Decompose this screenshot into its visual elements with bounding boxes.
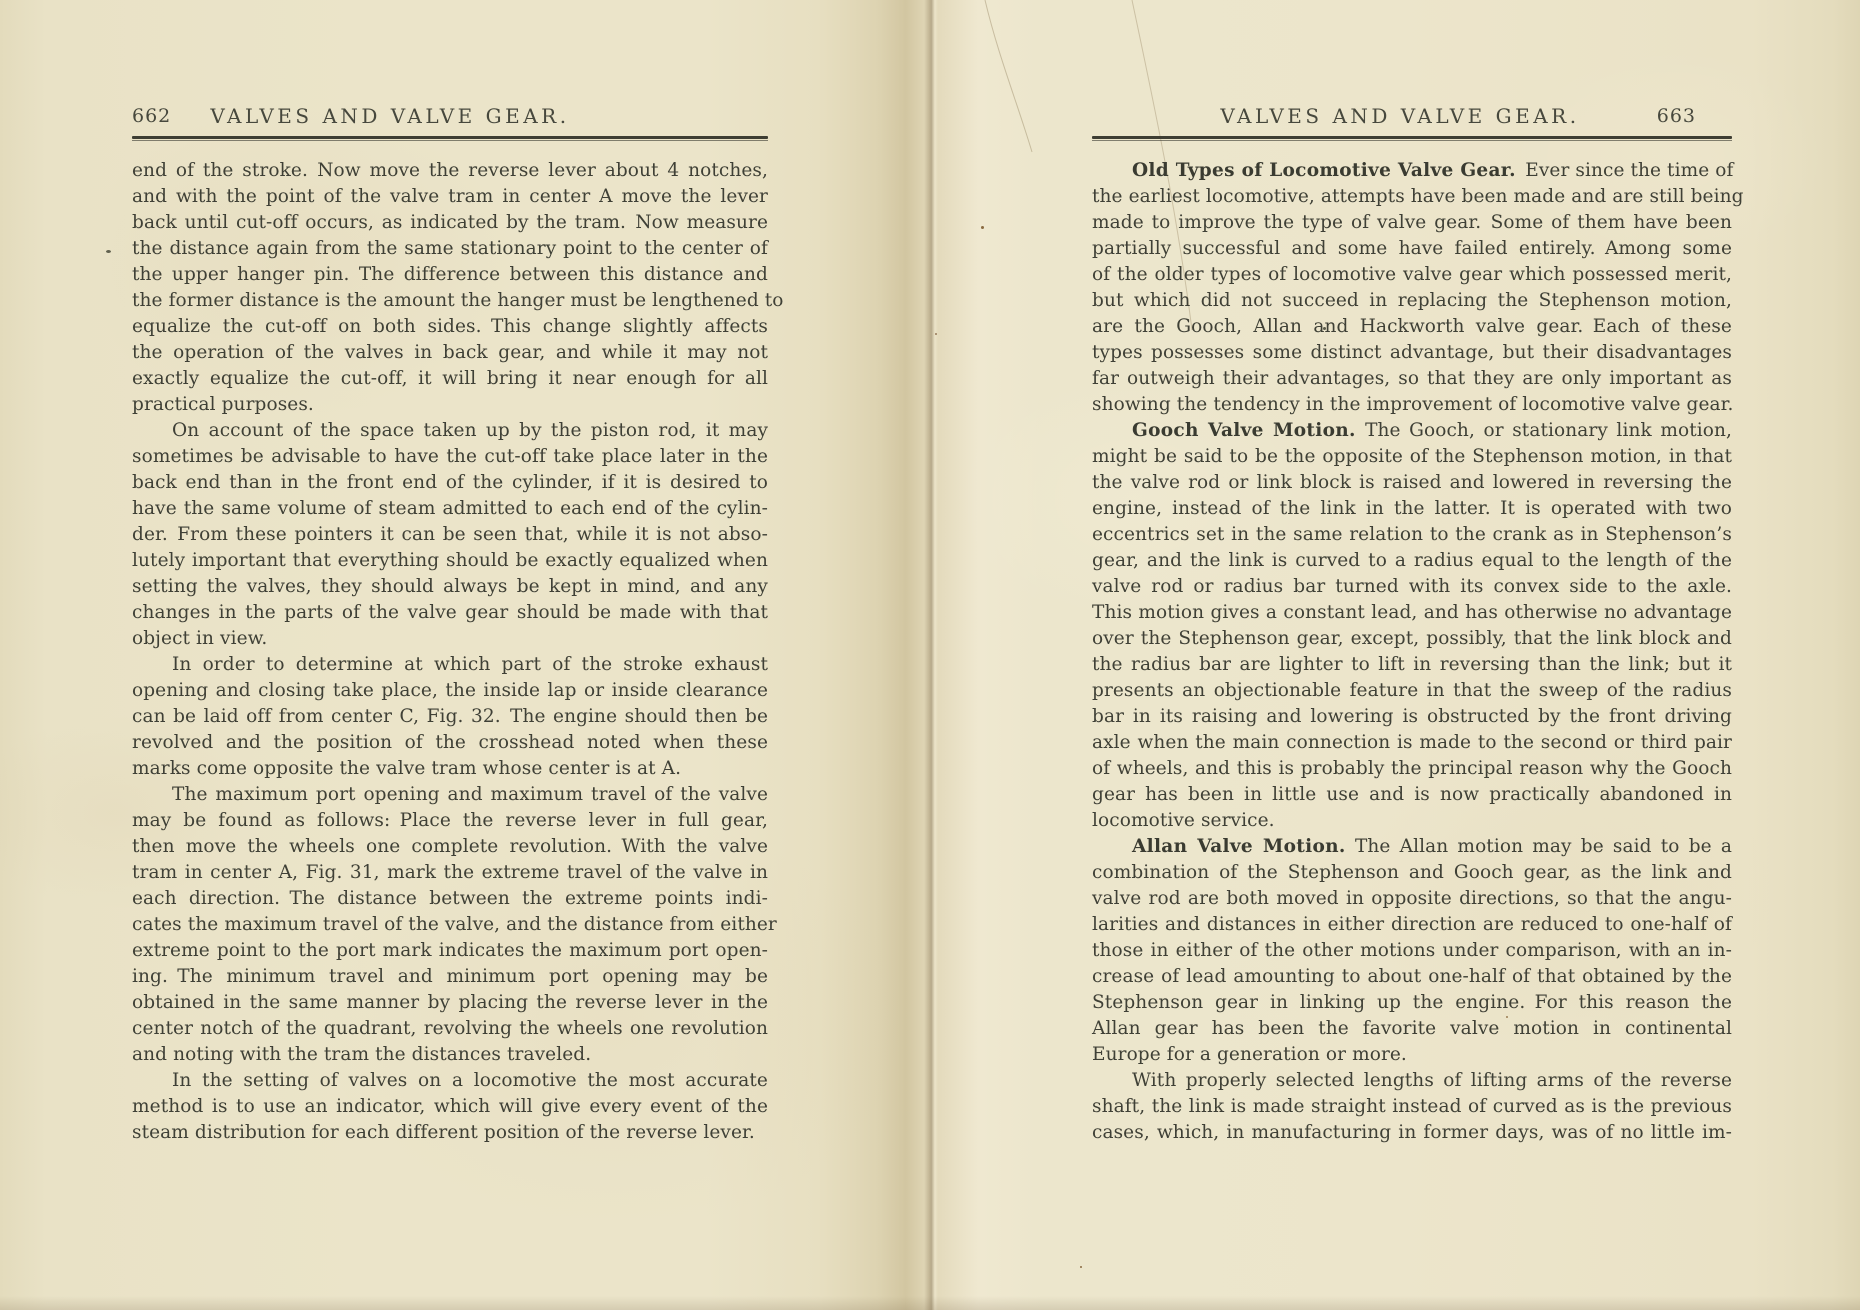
right-page-header: VALVES AND VALVE GEAR. 663	[1092, 104, 1732, 136]
text-line: Stephenson gear in linking up the engine…	[1092, 990, 1732, 1016]
text-line: back end than in the front end of the cy…	[132, 470, 768, 496]
margin-ink-dot	[106, 250, 111, 253]
text-line: The maximum port opening and maximum tra…	[132, 782, 768, 808]
text-line: lutely important that everything should …	[132, 548, 768, 574]
text-line: Gooch Valve Motion. The Gooch, or statio…	[1092, 418, 1732, 444]
text-line: Europe for a generation or more.	[1092, 1042, 1732, 1068]
text-line: those in either of the other motions und…	[1092, 938, 1732, 964]
paragraph-lead-heading: Allan Valve Motion.	[1132, 836, 1346, 857]
text-line: presents an objectionable feature in tha…	[1092, 678, 1732, 704]
running-title-left: VALVES AND VALVE GEAR.	[210, 104, 569, 128]
text-line: On account of the space taken up by the …	[132, 418, 768, 444]
left-page-body: end of the stroke. Now move the reverse …	[132, 158, 768, 1146]
text-line: partially successful and some have faile…	[1092, 236, 1732, 262]
page-number-left: 662	[132, 105, 171, 127]
text-line: method is to use an indicator, which wil…	[132, 1094, 768, 1120]
text-line: combination of the Stephenson and Gooch …	[1092, 860, 1732, 886]
text-line: then move the wheels one complete revolu…	[132, 834, 768, 860]
text-line: valve rod or radius bar turned with its …	[1092, 574, 1732, 600]
text-line: bar in its raising and lowering is obstr…	[1092, 704, 1732, 730]
text-line: ing. The minimum travel and minimum port…	[132, 964, 768, 990]
text-line: axle when the main connection is made to…	[1092, 730, 1732, 756]
text-line: obtained in the same manner by placing t…	[132, 990, 768, 1016]
text-line: showing the tendency in the improvement …	[1092, 392, 1732, 418]
text-line: far outweigh their advantages, so that t…	[1092, 366, 1732, 392]
text-line: steam distribution for each different po…	[132, 1120, 768, 1146]
text-line: the operation of the valves in back gear…	[132, 340, 768, 366]
text-line: and noting with the tram the distances t…	[132, 1042, 768, 1068]
text-line: the former distance is the amount the ha…	[132, 288, 768, 314]
text-line: In order to determine at which part of t…	[132, 652, 768, 678]
text-line: center notch of the quadrant, revolving …	[132, 1016, 768, 1042]
header-rule-right	[1092, 136, 1732, 141]
text-line: the valve rod or link block is raised an…	[1092, 470, 1732, 496]
text-line: back until cut-off occurs, as indicated …	[132, 210, 768, 236]
text-line: have the same volume of steam admitted t…	[132, 496, 768, 522]
text-line: gear, and the link is curved to a radius…	[1092, 548, 1732, 574]
rule-thin	[132, 140, 768, 141]
text-line: locomotive service.	[1092, 808, 1732, 834]
bottom-edge-shadow	[0, 1296, 1860, 1310]
text-line: This motion gives a constant lead, and h…	[1092, 600, 1732, 626]
paper-speck	[981, 226, 984, 229]
text-line: the upper hanger pin. The difference bet…	[132, 262, 768, 288]
text-line: exactly equalize the cut-off, it will br…	[132, 366, 768, 392]
text-line: shaft, the link is made straight instead…	[1092, 1094, 1732, 1120]
text-line: marks come opposite the valve tram whose…	[132, 756, 768, 782]
text-line: the distance again from the same station…	[132, 236, 768, 262]
text-line: changes in the parts of the valve gear s…	[132, 600, 768, 626]
text-line: but which did not succeed in replacing t…	[1092, 288, 1732, 314]
page-number-right: 663	[1657, 105, 1696, 127]
text-line: In the setting of valves on a locomotive…	[132, 1068, 768, 1094]
text-line: of wheels, and this is probably the prin…	[1092, 756, 1732, 782]
text-line: eccentrics set in the same relation to t…	[1092, 522, 1732, 548]
paragraph-lead-heading: Gooch Valve Motion.	[1132, 420, 1356, 441]
text-line: practical purposes.	[132, 392, 768, 418]
text-line: tram in center A, Fig. 31, mark the extr…	[132, 860, 768, 886]
text-line: setting the valves, they should always b…	[132, 574, 768, 600]
text-line: valve rod are both moved in opposite dir…	[1092, 886, 1732, 912]
text-line: the radius bar are lighter to lift in re…	[1092, 652, 1732, 678]
header-rule-left	[132, 136, 768, 141]
text-line: and with the point of the valve tram in …	[132, 184, 768, 210]
text-line: Allan Valve Motion. The Allan motion may…	[1092, 834, 1732, 860]
text-line: der. From these pointers it can be seen …	[132, 522, 768, 548]
text-line: each direction. The distance between the…	[132, 886, 768, 912]
text-line: object in view.	[132, 626, 768, 652]
text-line: larities and distances in either directi…	[1092, 912, 1732, 938]
paragraph-lead-heading: Old Types of Locomotive Valve Gear.	[1132, 160, 1516, 181]
rule-heavy	[132, 136, 768, 139]
text-line: of the older types of locomotive valve g…	[1092, 262, 1732, 288]
text-line: Old Types of Locomotive Valve Gear. Ever…	[1092, 158, 1732, 184]
rule-thin	[1092, 140, 1732, 141]
right-page-body: Old Types of Locomotive Valve Gear. Ever…	[1092, 158, 1732, 1146]
book-spread-scan: 662 VALVES AND VALVE GEAR. end of the st…	[0, 0, 1860, 1310]
text-line: With properly selected lengths of liftin…	[1092, 1068, 1732, 1094]
paper-speck	[1080, 1266, 1082, 1268]
text-line: over the Stephenson gear, except, possib…	[1092, 626, 1732, 652]
text-line: may be found as follows: Place the rever…	[132, 808, 768, 834]
text-line: can be laid off from center C, Fig. 32. …	[132, 704, 768, 730]
running-title-right: VALVES AND VALVE GEAR.	[1220, 104, 1579, 128]
gutter-crease-shadow	[924, 0, 938, 1310]
text-line: end of the stroke. Now move the reverse …	[132, 158, 768, 184]
text-line: sometimes be advisable to have the cut-o…	[132, 444, 768, 470]
text-line: types possesses some distinct advantage,…	[1092, 340, 1732, 366]
left-page-header: 662 VALVES AND VALVE GEAR.	[132, 104, 768, 136]
text-line: revolved and the position of the crosshe…	[132, 730, 768, 756]
text-line: might be said to be the opposite of the …	[1092, 444, 1732, 470]
text-line: cates the maximum travel of the valve, a…	[132, 912, 768, 938]
text-line: made to improve the type of valve gear. …	[1092, 210, 1732, 236]
text-line: are the Gooch, Allan and Hackworth valve…	[1092, 314, 1732, 340]
text-line: equalize the cut-off on both sides. This…	[132, 314, 768, 340]
text-line: gear has been in little use and is now p…	[1092, 782, 1732, 808]
rule-heavy	[1092, 136, 1732, 139]
text-line: the earliest locomotive, attempts have b…	[1092, 184, 1732, 210]
paper-speck	[935, 333, 937, 335]
text-line: engine, instead of the link in the latte…	[1092, 496, 1732, 522]
text-line: extreme point to the port mark indicates…	[132, 938, 768, 964]
text-line: opening and closing take place, the insi…	[132, 678, 768, 704]
text-line: cases, which, in manufacturing in former…	[1092, 1120, 1732, 1146]
text-line: crease of lead amounting to about one-ha…	[1092, 964, 1732, 990]
text-line: Allan gear has been the favorite valve m…	[1092, 1016, 1732, 1042]
